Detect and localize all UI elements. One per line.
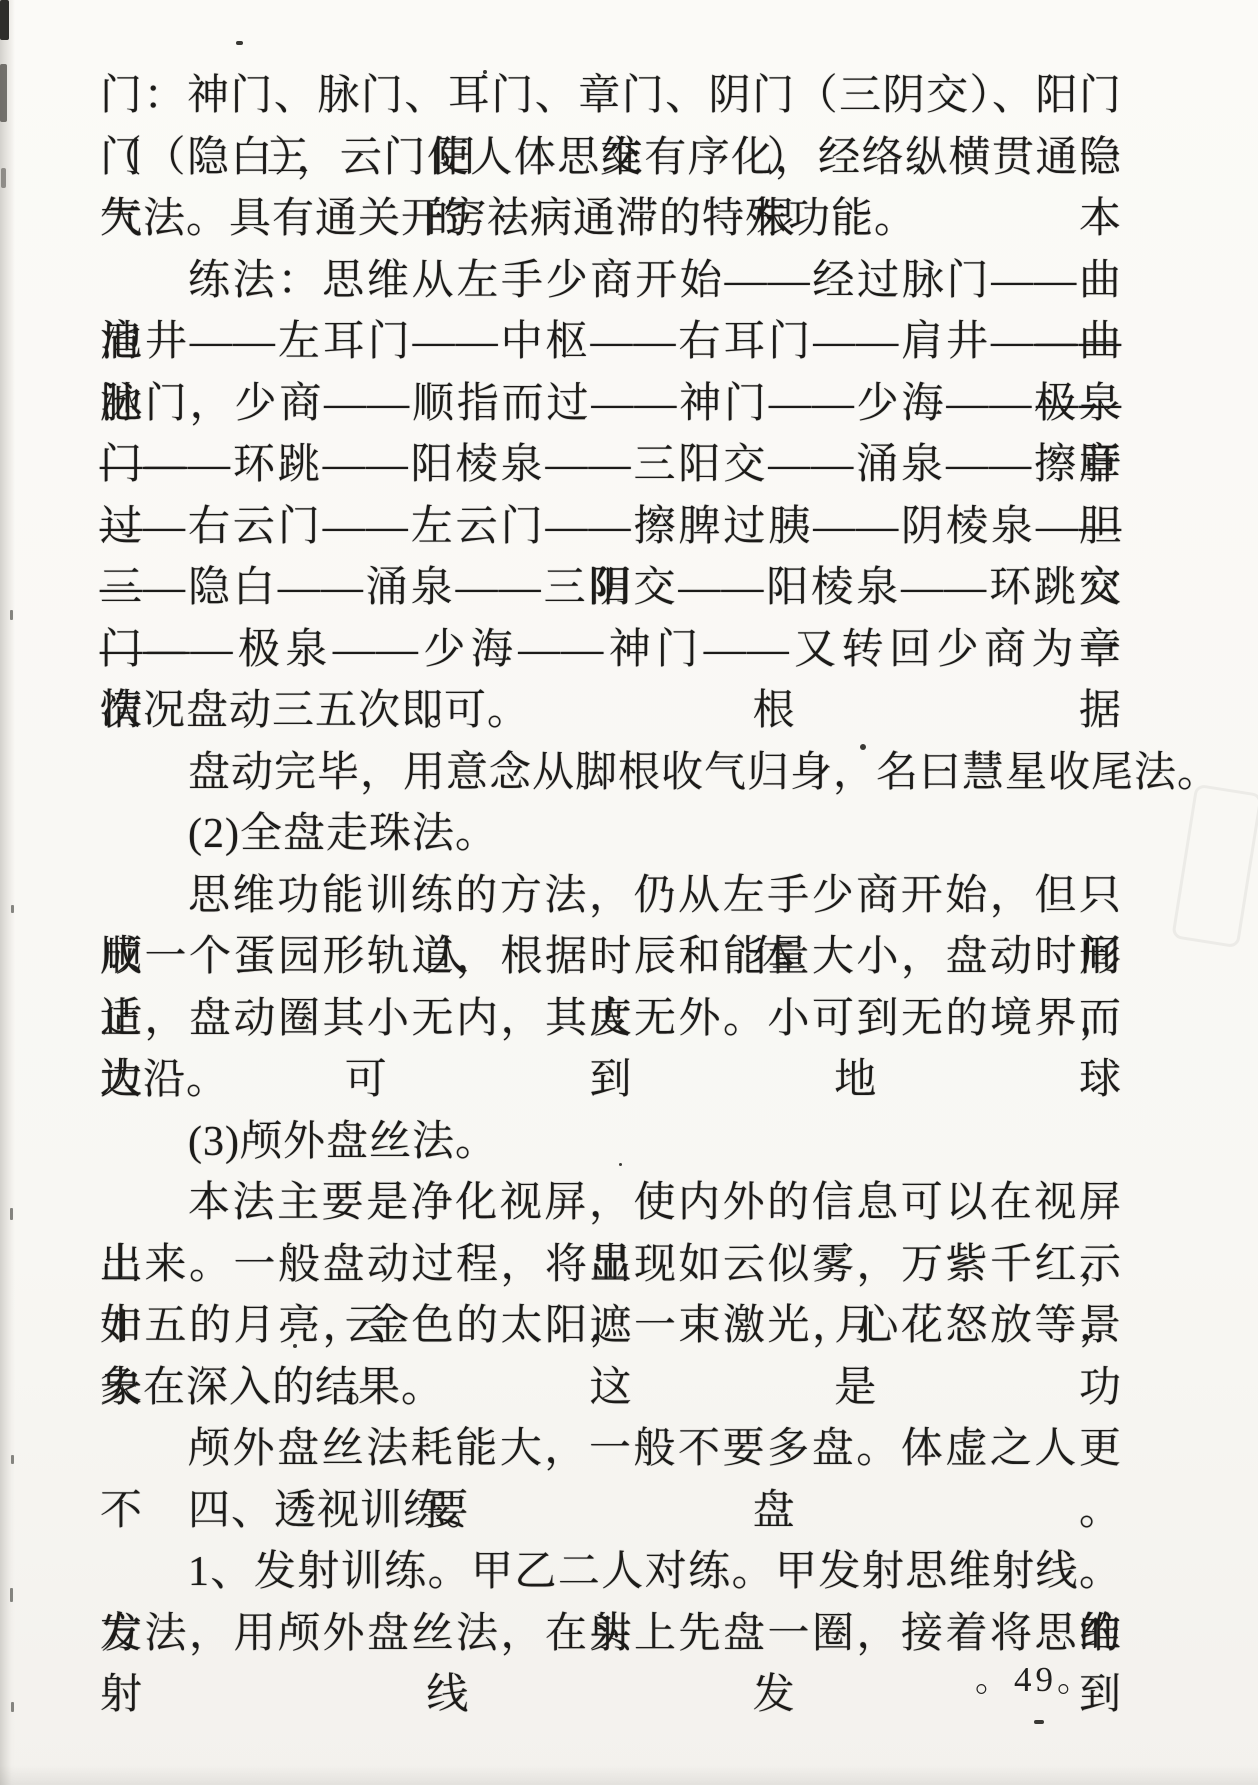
text-line: ——右云门——左云门——擦脾过胰——阴棱泉——三阴交	[100, 497, 1122, 559]
scan-artifact-blob	[0, 64, 7, 122]
text-line: 十五的月亮，金色的太阳，一束激光，心花怒放等景象。这是功	[100, 1296, 1122, 1358]
scan-artifact-blob	[1, 168, 6, 188]
scan-artifact-tick	[11, 1702, 14, 1712]
scan-artifact-tick	[10, 1588, 13, 1602]
text-line: 练法：思维从左手少商开始——经过脉门——曲池——	[100, 251, 1122, 313]
scan-artifact-tick	[10, 1208, 13, 1220]
scan-ghost-mark	[1171, 784, 1258, 949]
scanned-book-page: { "document": { "language": "zh", "color…	[0, 0, 1258, 1785]
scan-artifact-tick	[11, 1455, 14, 1464]
text-line: 出来。一般盘动过程，将出现如云似雾，万紫千红，如云遮月，	[100, 1235, 1122, 1297]
text-line: 止，盘动圈其小无内，其大无外。小可到无的境界，大可到地球	[100, 989, 1122, 1051]
text-line: 盘动完毕，用意念从脚根收气归身，名曰慧星收尾法。	[100, 743, 1122, 805]
text-line: ——隐白——涌泉——三阳交——阳棱泉——环跳穴——章	[100, 558, 1122, 620]
text-line: (3)颅外盘丝法。	[100, 1112, 1122, 1174]
ink-speck	[236, 41, 243, 45]
text-line: 颅外盘丝法耗能大，一般不要多盘。体虚之人更不要盘。	[100, 1419, 1122, 1481]
text-line: 脉门，少商——顺指而过——神门——少海——极泉——章	[100, 374, 1122, 436]
text-line: 思维功能训练的方法，仍从左手少商开始，但只顺人体形	[100, 866, 1122, 928]
text-line: (2)全盘走珠法。	[100, 804, 1122, 866]
text-line: 1、发射训练。甲乙二人对练。甲发射思维射线。发射的	[100, 1542, 1122, 1604]
text-line: 方法，用颅外盘丝法，在头上先盘一圈，接着将思维射线发到	[100, 1604, 1122, 1666]
body-text-block: 门：神门、脉门、耳门、章门、阴门（三阴交）、阳门（三阳交）、隐 门（隐白），云门…	[100, 66, 1122, 1665]
text-line: 门（隐白），云门使人体思维有序化，经络纵横贯通一气的根本	[100, 128, 1122, 190]
scan-artifact-tick	[11, 905, 14, 913]
text-line: 门：神门、脉门、耳门、章门、阴门（三阴交）、阳门（三阳交）、隐	[100, 66, 1122, 128]
text-line: 肩井——左耳门——中枢——右耳门——肩井——曲池——	[100, 312, 1122, 374]
scan-artifact-blob	[0, 0, 9, 40]
text-line: 成一个蛋园形轨道，根据时辰和能量大小，盘动时间适度而	[100, 927, 1122, 989]
scan-artifact-tick	[10, 610, 13, 620]
scan-bottom-edge-shadow	[0, 1765, 1258, 1785]
text-line: 门——环跳——阳棱泉——三阳交——涌泉——擦肝过胆	[100, 435, 1122, 497]
text-line: 门——极泉——少海——神门——又转回少商为一次。根据	[100, 620, 1122, 682]
page-number: 。49。	[975, 1652, 1096, 1702]
text-line: 本法主要是净化视屏，使内外的信息可以在视屏上显示	[100, 1173, 1122, 1235]
scan-left-edge-shadow	[0, 0, 15, 1785]
